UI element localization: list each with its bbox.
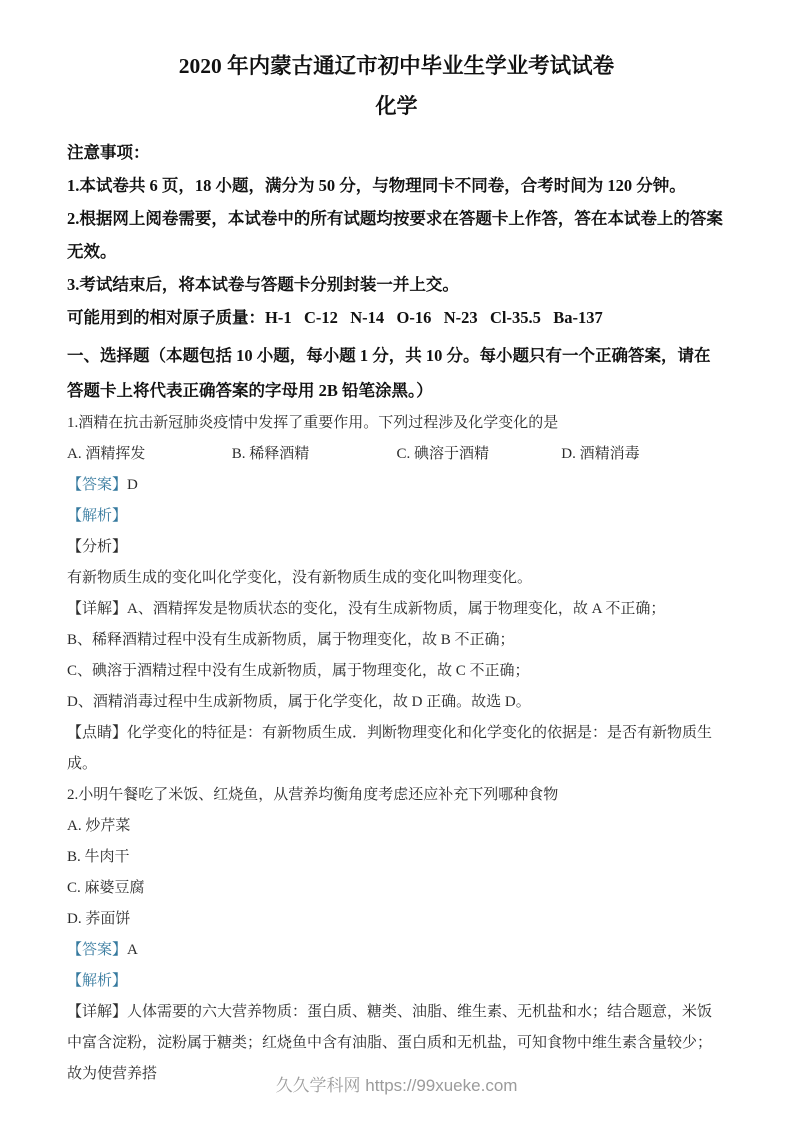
answer-line: 【答案】A [67, 935, 726, 966]
fenxi-label: 【分析】 [67, 539, 127, 555]
option-a: A. 酒精挥发 [67, 439, 232, 470]
option-b: B. 稀释酒精 [232, 439, 397, 470]
notice-section: 注意事项： 1.本试卷共 6 页，18 小题，满分为 50 分，与物理同卡不同卷… [67, 136, 726, 334]
option-c: C. 麻婆豆腐 [67, 873, 726, 904]
dianjing-text: 化学变化的特征是：有新物质生成．判断物理变化和化学变化的依据是：是否有新物质生成… [67, 725, 712, 772]
watermark-footer: 久久学科网 https://99xueke.com [0, 1071, 793, 1096]
option-d: D. 荞面饼 [67, 904, 726, 935]
fenxi-line: 【分析】 [67, 532, 726, 563]
exam-document-page: 2020 年内蒙古通辽市初中毕业生学业考试试卷 化学 注意事项： 1.本试卷共 … [0, 0, 793, 1122]
answer-value: A [127, 942, 138, 958]
question-2-block: 2.小明午餐吃了米饭、红烧鱼，从营养均衡角度考虑还应补充下列哪种食物 A. 炒芹… [67, 780, 726, 1090]
question-1-stem: 1.酒精在抗击新冠肺炎疫情中发挥了重要作用。下列过程涉及化学变化的是 [67, 408, 726, 439]
dianjing-line: 【点睛】化学变化的特征是：有新物质生成．判断物理变化和化学变化的依据是：是否有新… [67, 718, 726, 780]
fenxi-text: 有新物质生成的变化叫化学变化，没有新物质生成的变化叫物理变化。 [67, 563, 726, 594]
notice-item-3: 3.考试结束后，将本试卷与答题卡分别封装一并上交。 [67, 268, 726, 301]
answer-line: 【答案】D [67, 470, 726, 501]
option-b: B. 牛肉干 [67, 842, 726, 873]
watermark-site-name: 久久学科网 [276, 1076, 361, 1095]
option-d: D. 酒精消毒 [561, 439, 726, 470]
option-a: A. 炒芹菜 [67, 811, 726, 842]
xiangjie-line-d: D、酒精消毒过程中生成新物质，属于化学变化，故 D 正确。故选 D。 [67, 687, 726, 718]
xiangjie-text-a: A、酒精挥发是物质状态的变化，没有生成新物质，属于物理变化，故 A 不正确； [127, 601, 665, 617]
xiangjie-line-b: B、稀释酒精过程中没有生成新物质，属于物理变化，故 B 不正确； [67, 625, 726, 656]
jiexi-line: 【解析】 [67, 966, 726, 997]
dianjing-label: 【点睛】 [67, 725, 127, 741]
xiangjie-label: 【详解】 [67, 601, 127, 617]
watermark-url: https://99xueke.com [365, 1076, 517, 1095]
notice-heading: 注意事项： [67, 136, 726, 169]
notice-item-2: 2.根据网上阅卷需要，本试卷中的所有试题均按要求在答题卡上作答，答在本试卷上的答… [67, 202, 726, 268]
notice-item-1: 1.本试卷共 6 页，18 小题，满分为 50 分，与物理同卡不同卷，合考时间为… [67, 169, 726, 202]
atomic-masses-line: 可能用到的相对原子质量：H-1 C-12 N-14 O-16 N-23 Cl-3… [67, 301, 726, 334]
section-heading: 一、选择题（本题包括 10 小题，每小题 1 分，共 10 分。每小题只有一个正… [67, 338, 726, 408]
jiexi-label: 【解析】 [67, 973, 127, 989]
question-2-stem: 2.小明午餐吃了米饭、红烧鱼，从营养均衡角度考虑还应补充下列哪种食物 [67, 780, 726, 811]
answer-value: D [127, 477, 138, 493]
page-title: 2020 年内蒙古通辽市初中毕业生学业考试试卷 [67, 50, 726, 82]
question-1-options: A. 酒精挥发 B. 稀释酒精 C. 碘溶于酒精 D. 酒精消毒 [67, 439, 726, 470]
answer-label: 【答案】 [67, 477, 127, 493]
xiangjie-line-c: C、碘溶于酒精过程中没有生成新物质，属于物理变化，故 C 不正确； [67, 656, 726, 687]
jiexi-label: 【解析】 [67, 508, 127, 524]
xiangjie-label: 【详解】 [67, 1004, 127, 1020]
page-subtitle: 化学 [67, 90, 726, 122]
question-1-block: 1.酒精在抗击新冠肺炎疫情中发挥了重要作用。下列过程涉及化学变化的是 A. 酒精… [67, 408, 726, 780]
jiexi-line: 【解析】 [67, 501, 726, 532]
answer-label: 【答案】 [67, 942, 127, 958]
option-c: C. 碘溶于酒精 [397, 439, 562, 470]
xiangjie-line-a: 【详解】A、酒精挥发是物质状态的变化，没有生成新物质，属于物理变化，故 A 不正… [67, 594, 726, 625]
